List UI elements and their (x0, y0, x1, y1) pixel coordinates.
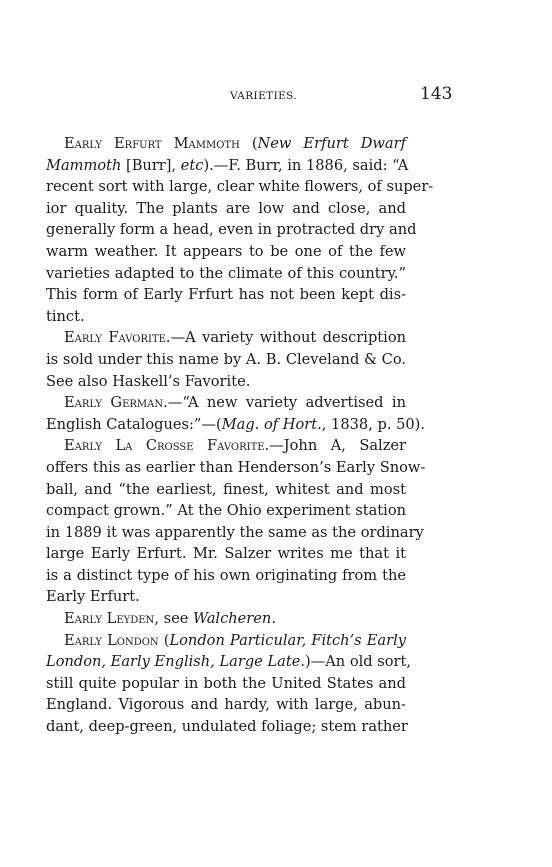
text-run: [Burr], (121, 157, 180, 174)
text-run: See also Haskell’s Favorite. (46, 373, 250, 390)
text-run: ( (240, 135, 258, 152)
text-line: varieties adapted to the climate of this… (46, 263, 406, 285)
entry-paragraph: Early Favorite.—A variety without descri… (46, 327, 406, 392)
text-line: in 1889 it was apparently the same as th… (46, 522, 406, 544)
text-line: offers this as earlier than Henderson’s … (46, 457, 406, 479)
entry-paragraph: Early Leyden, see Walcheren. (46, 608, 406, 630)
text-line: Early Leyden, see Walcheren. (46, 608, 406, 630)
entry-heading: Early La Crosse Favorite. (64, 437, 269, 454)
text-run: ( (159, 632, 170, 649)
text-line: Early Favorite.—A variety without descri… (46, 327, 406, 349)
text-run: —John A, Salzer (269, 437, 406, 454)
text-run: ball, and “the earliest, finest, whitest… (46, 481, 406, 498)
text-run: compact grown.” At the Ohio experiment s… (46, 502, 406, 519)
entry-heading: Early Leyden (64, 610, 154, 627)
text-line: ball, and “the earliest, finest, whitest… (46, 479, 406, 501)
text-line: generally form a head, even in protracte… (46, 219, 406, 241)
entry-paragraph: Early London (London Particular, Fitch’s… (46, 630, 406, 738)
entry-heading: Early London (64, 632, 159, 649)
text-run: ior quality. The plants are low and clos… (46, 200, 406, 217)
text-run: )—An old sort, (305, 653, 411, 670)
text-run: varieties adapted to the climate of this… (46, 265, 406, 282)
text-run: offers this as earlier than Henderson’s … (46, 459, 425, 476)
text-run: tinct. (46, 308, 85, 325)
text-line: still quite popular in both the United S… (46, 673, 406, 695)
text-run: , see (154, 610, 193, 627)
text-line: large Early Erfurt. Mr. Salzer writes me… (46, 543, 406, 565)
text-run: , 1838, p. 50). (322, 416, 425, 433)
entry-heading: Early German. (64, 394, 168, 411)
text-run: English Catalogues:”—( (46, 416, 222, 433)
text-run: dant, deep-green, undulated foliage; ste… (46, 718, 408, 735)
text-line: warm weather. It appears to be one of th… (46, 241, 406, 263)
text-run: —A variety without description (171, 329, 406, 346)
entry-paragraph: Early Erfurt Mammoth (New Erfurt DwarfMa… (46, 133, 406, 327)
text-line: Early London (London Particular, Fitch’s… (46, 630, 406, 652)
text-run: Early Erfurt. (46, 588, 140, 605)
text-line: Early Erfurt Mammoth (New Erfurt Dwarf (46, 133, 406, 155)
text-run: —“A new variety advertised in (168, 394, 406, 411)
page-header: VARIETIES. 143 (0, 84, 552, 108)
body-text: Early Erfurt Mammoth (New Erfurt DwarfMa… (46, 133, 406, 738)
italic-text: London, Early English, Large Late. (46, 653, 305, 670)
text-line: ior quality. The plants are low and clos… (46, 198, 406, 220)
italic-text: New Erfurt Dwarf (258, 135, 406, 152)
text-line: is sold under this name by A. B. Clevela… (46, 349, 406, 371)
italic-text: London Particular, Fitch’s Early (169, 632, 406, 649)
text-run: This form of Early Frfurt has not been k… (46, 286, 406, 303)
text-line: England. Vigorous and hardy, with large,… (46, 694, 406, 716)
text-run: ).—F. Burr, in 1886, said: “A (203, 157, 408, 174)
text-line: See also Haskell’s Favorite. (46, 371, 406, 393)
text-line: Mammoth [Burr], etc).—F. Burr, in 1886, … (46, 155, 406, 177)
text-line: Early La Crosse Favorite.—John A, Salzer (46, 435, 406, 457)
italic-text: Walcheren. (193, 610, 276, 627)
text-run: generally form a head, even in protracte… (46, 221, 416, 238)
text-line: English Catalogues:”—(Mag. of Hort., 183… (46, 414, 406, 436)
text-run: is a distinct type of his own originatin… (46, 567, 406, 584)
text-run: still quite popular in both the United S… (46, 675, 406, 692)
text-line: Early Erfurt. (46, 586, 406, 608)
italic-text: Mammoth (46, 157, 121, 174)
italic-text: etc (181, 157, 204, 174)
entry-paragraph: Early German.—“A new variety advertised … (46, 392, 406, 435)
entry-heading: Early Erfurt Mammoth (64, 135, 240, 152)
text-run: is sold under this name by A. B. Clevela… (46, 351, 406, 368)
text-line: recent sort with large, clear white flow… (46, 176, 406, 198)
text-line: London, Early English, Large Late.)—An o… (46, 651, 406, 673)
entry-paragraph: Early La Crosse Favorite.—John A, Salzer… (46, 435, 406, 608)
entry-heading: Early Favorite. (64, 329, 171, 346)
italic-text: Mag. of Hort. (222, 416, 322, 433)
text-run: in 1889 it was apparently the same as th… (46, 524, 424, 541)
text-run: large Early Erfurt. Mr. Salzer writes me… (46, 545, 406, 562)
text-line: Early German.—“A new variety advertised … (46, 392, 406, 414)
running-title: VARIETIES. (230, 90, 297, 102)
text-run: recent sort with large, clear white flow… (46, 178, 433, 195)
text-line: This form of Early Frfurt has not been k… (46, 284, 406, 306)
text-line: tinct. (46, 306, 406, 328)
text-line: is a distinct type of his own originatin… (46, 565, 406, 587)
text-run: England. Vigorous and hardy, with large,… (46, 696, 406, 713)
page-number: 143 (420, 84, 452, 104)
text-run: warm weather. It appears to be one of th… (46, 243, 406, 260)
text-line: dant, deep-green, undulated foliage; ste… (46, 716, 406, 738)
text-line: compact grown.” At the Ohio experiment s… (46, 500, 406, 522)
